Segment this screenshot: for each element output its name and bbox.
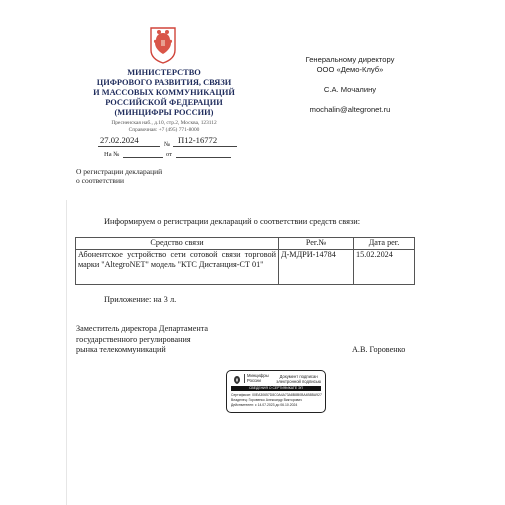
stamp-org: Минцифры России (244, 374, 269, 383)
addressee-position: Генеральному директору (270, 55, 430, 65)
from-label: от (166, 151, 172, 158)
table-row: Абонентское устройство сети сотовой связ… (76, 250, 415, 285)
addressee-name: С.А. Мочалину (270, 85, 430, 95)
registration-table: Средство связи Рег.№ Дата рег. Абонентск… (75, 237, 415, 285)
addressee-email[interactable]: mochalin@altegronet.ru (270, 105, 430, 115)
ministry-address: Пресненская наб., д.10, стр.2, Москва, 1… (66, 120, 262, 133)
page-edge (66, 200, 67, 505)
outgoing-number: П12-16772 (178, 135, 217, 145)
ministry-name: МИНИСТЕРСТВО ЦИФРОВОГО РАЗВИТИЯ, СВЯЗИ И… (66, 68, 262, 118)
header-device: Средство связи (76, 238, 279, 250)
stamp-cert-info: Сертификат: 00EA30657D8C0A4A73A8B8B0BA4B… (231, 393, 322, 408)
no-label: № (164, 141, 170, 148)
date-underline (98, 146, 160, 147)
reply-number-line (123, 157, 163, 158)
addressee-company: ООО «Демо-Клуб» (270, 65, 430, 75)
signer-name: А.В. Горовенко (352, 345, 405, 354)
signer-line: рынка телекоммуникаций (76, 345, 208, 356)
stamp-cert-bar: СВЕДЕНИЯ О СЕРТИФИКАТЕ ЭП (231, 386, 321, 391)
stamp-doc-signed: Документ подписан электронной подписью (276, 374, 321, 384)
cell-reg-no: Д-МДРИ-14784 (279, 250, 354, 285)
letter-subject: О регистрации деклараций о соответствии (76, 167, 162, 185)
header-reg-no: Рег.№ (279, 238, 354, 250)
reply-to-label: На № (104, 151, 119, 158)
subject-line: о соответствии (76, 176, 162, 185)
signer-line: Заместитель директора Департамента (76, 324, 208, 335)
number-underline (173, 146, 237, 147)
header-reg-date: Дата рег. (354, 238, 415, 250)
reply-date-line (176, 157, 231, 158)
intro-text: Информируем о регистрации деклараций о с… (104, 217, 360, 226)
e-signature-stamp: Минцифры России Документ подписан электр… (226, 370, 326, 413)
attachment-note: Приложение: на 3 л. (104, 295, 176, 304)
ministry-line: МИНИСТЕРСТВО (66, 68, 262, 78)
ministry-line: ЦИФРОВОГО РАЗВИТИЯ, СВЯЗИ (66, 78, 262, 88)
phone-text: Справочная: +7 (495) 771-8000 (66, 127, 262, 134)
addressee-block: Генеральному директору ООО «Демо-Клуб» С… (270, 55, 430, 115)
stamp-org-line: России (247, 379, 269, 384)
stamp-validity: Действителен: с 14.07.2023 до 06.10.2024 (231, 403, 322, 408)
ministry-logo-icon (232, 375, 242, 385)
ministry-line: И МАССОВЫХ КОММУНИКАЦИЙ (66, 88, 262, 98)
subject-line: О регистрации деклараций (76, 167, 162, 176)
signer-position: Заместитель директора Департамента госуд… (76, 324, 208, 356)
stamp-doc-line: электронной подписью (276, 379, 321, 384)
address-text: Пресненская наб., д.10, стр.2, Москва, 1… (66, 120, 262, 127)
table-header-row: Средство связи Рег.№ Дата рег. (76, 238, 415, 250)
ministry-line: (МИНЦИФРЫ РОССИИ) (66, 108, 262, 118)
document-date: 27.02.2024 (100, 135, 139, 145)
ministry-line: РОССИЙСКОЙ ФЕДЕРАЦИИ (66, 98, 262, 108)
coat-of-arms-icon (148, 24, 178, 64)
cell-device: Абонентское устройство сети сотовой связ… (76, 250, 279, 285)
cell-reg-date: 15.02.2024 (354, 250, 415, 285)
signer-line: государственного регулирования (76, 335, 208, 346)
